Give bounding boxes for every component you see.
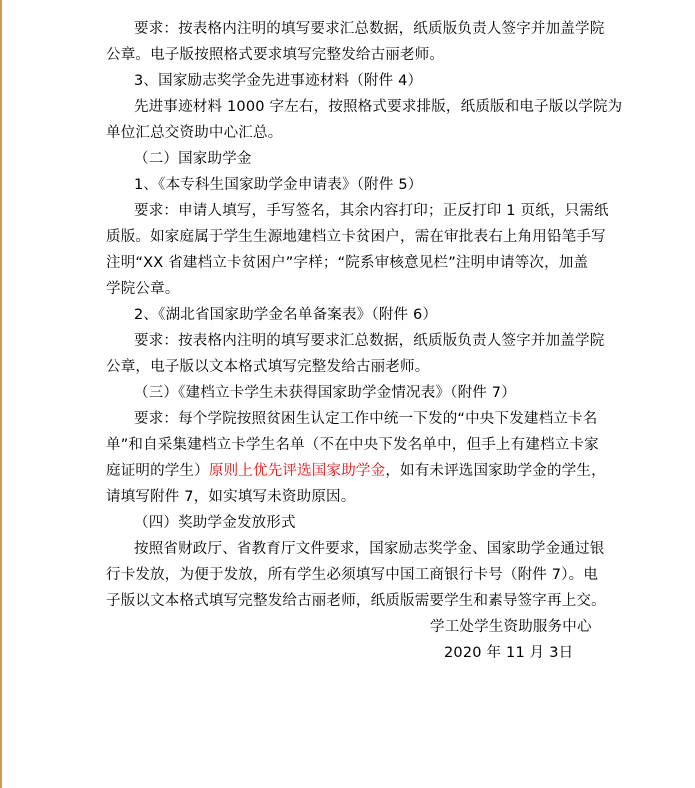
text-before: 庭证明的学生） [106, 463, 209, 479]
paragraph-line: 质版。如家庭属于学生生源地建档立卡贫困户，需在审批表右上角用铅笔手写 [106, 228, 606, 246]
paragraph-line: 单”和自采集建档立卡学生名单（不在中央下发名单中，但手上有建档立卡家 [106, 436, 599, 454]
paragraph-line: 单位汇总交资助中心汇总。 [106, 124, 282, 142]
paragraph-line: 公章。电子版按照格式要求填写完整发给古丽老师。 [106, 46, 444, 64]
section-heading: （四）奖助学金发放形式 [134, 514, 296, 532]
page-left-border [0, 0, 2, 788]
paragraph-line: 先进事迹材料 1000 字左右，按照格式要求排版，纸质版和电子版以学院为 [134, 98, 622, 116]
section-heading: 1、《本专科生国家助学金申请表》（附件 5） [134, 176, 422, 194]
section-heading: 2、《湖北省国家助学金名单备案表》（附件 6） [134, 306, 437, 324]
paragraph-line: 要求：申请人填写，手写签名，其余内容打印；正反打印 1 页纸，只需纸 [134, 202, 609, 220]
paragraph-line: 按照省财政厅、省教育厅文件要求，国家励志奖学金、国家助学金通过银 [134, 540, 604, 558]
section-heading: （二）国家助学金 [134, 150, 252, 168]
section-heading: （三）《建档立卡学生未获得国家助学金情况表》（附件 7） [134, 384, 516, 402]
paragraph-line: 行卡发放，为便于发放，所有学生必须填写中国工商银行卡号（附件 7）。电 [106, 566, 598, 584]
section-heading: 3、国家励志奖学金先进事迹材料（附件 4） [134, 72, 422, 90]
signature-org: 学工处学生资助服务中心 [430, 618, 592, 636]
signature-date: 2020 年 11 月 3日 [444, 644, 573, 662]
paragraph-line: 要求：每个学院按照贫困生认定工作中统一下发的“中央下发建档立卡名 [134, 410, 597, 428]
paragraph-line: 要求：按表格内注明的填写要求汇总数据，纸质版负责人签字并加盖学院 [134, 20, 604, 38]
paragraph-line-highlighted: 庭证明的学生）原则上优先评选国家助学金，如有未评选国家助学金的学生， [106, 462, 606, 480]
paragraph-line: 公章，电子版以文本格式填写完整发给古丽老师。 [106, 358, 429, 376]
text-after: ，如有未评选国家助学金的学生， [385, 463, 606, 479]
paragraph-line: 请填写附件 7，如实填写未资助原因。 [106, 488, 355, 506]
paragraph-line: 注明“XX 省建档立卡贫困户”字样；“院系审核意见栏”注明申请等次，加盖 [106, 254, 588, 272]
paragraph-line: 要求：按表格内注明的填写要求汇总数据，纸质版负责人签字并加盖学院 [134, 332, 604, 350]
paragraph-line: 子版以文本格式填写完整发给古丽老师，纸质版需要学生和素导签字再上交。 [106, 592, 606, 610]
paragraph-line: 学院公章。 [106, 280, 180, 298]
highlighted-text: 原则上优先评选国家助学金 [209, 463, 385, 479]
